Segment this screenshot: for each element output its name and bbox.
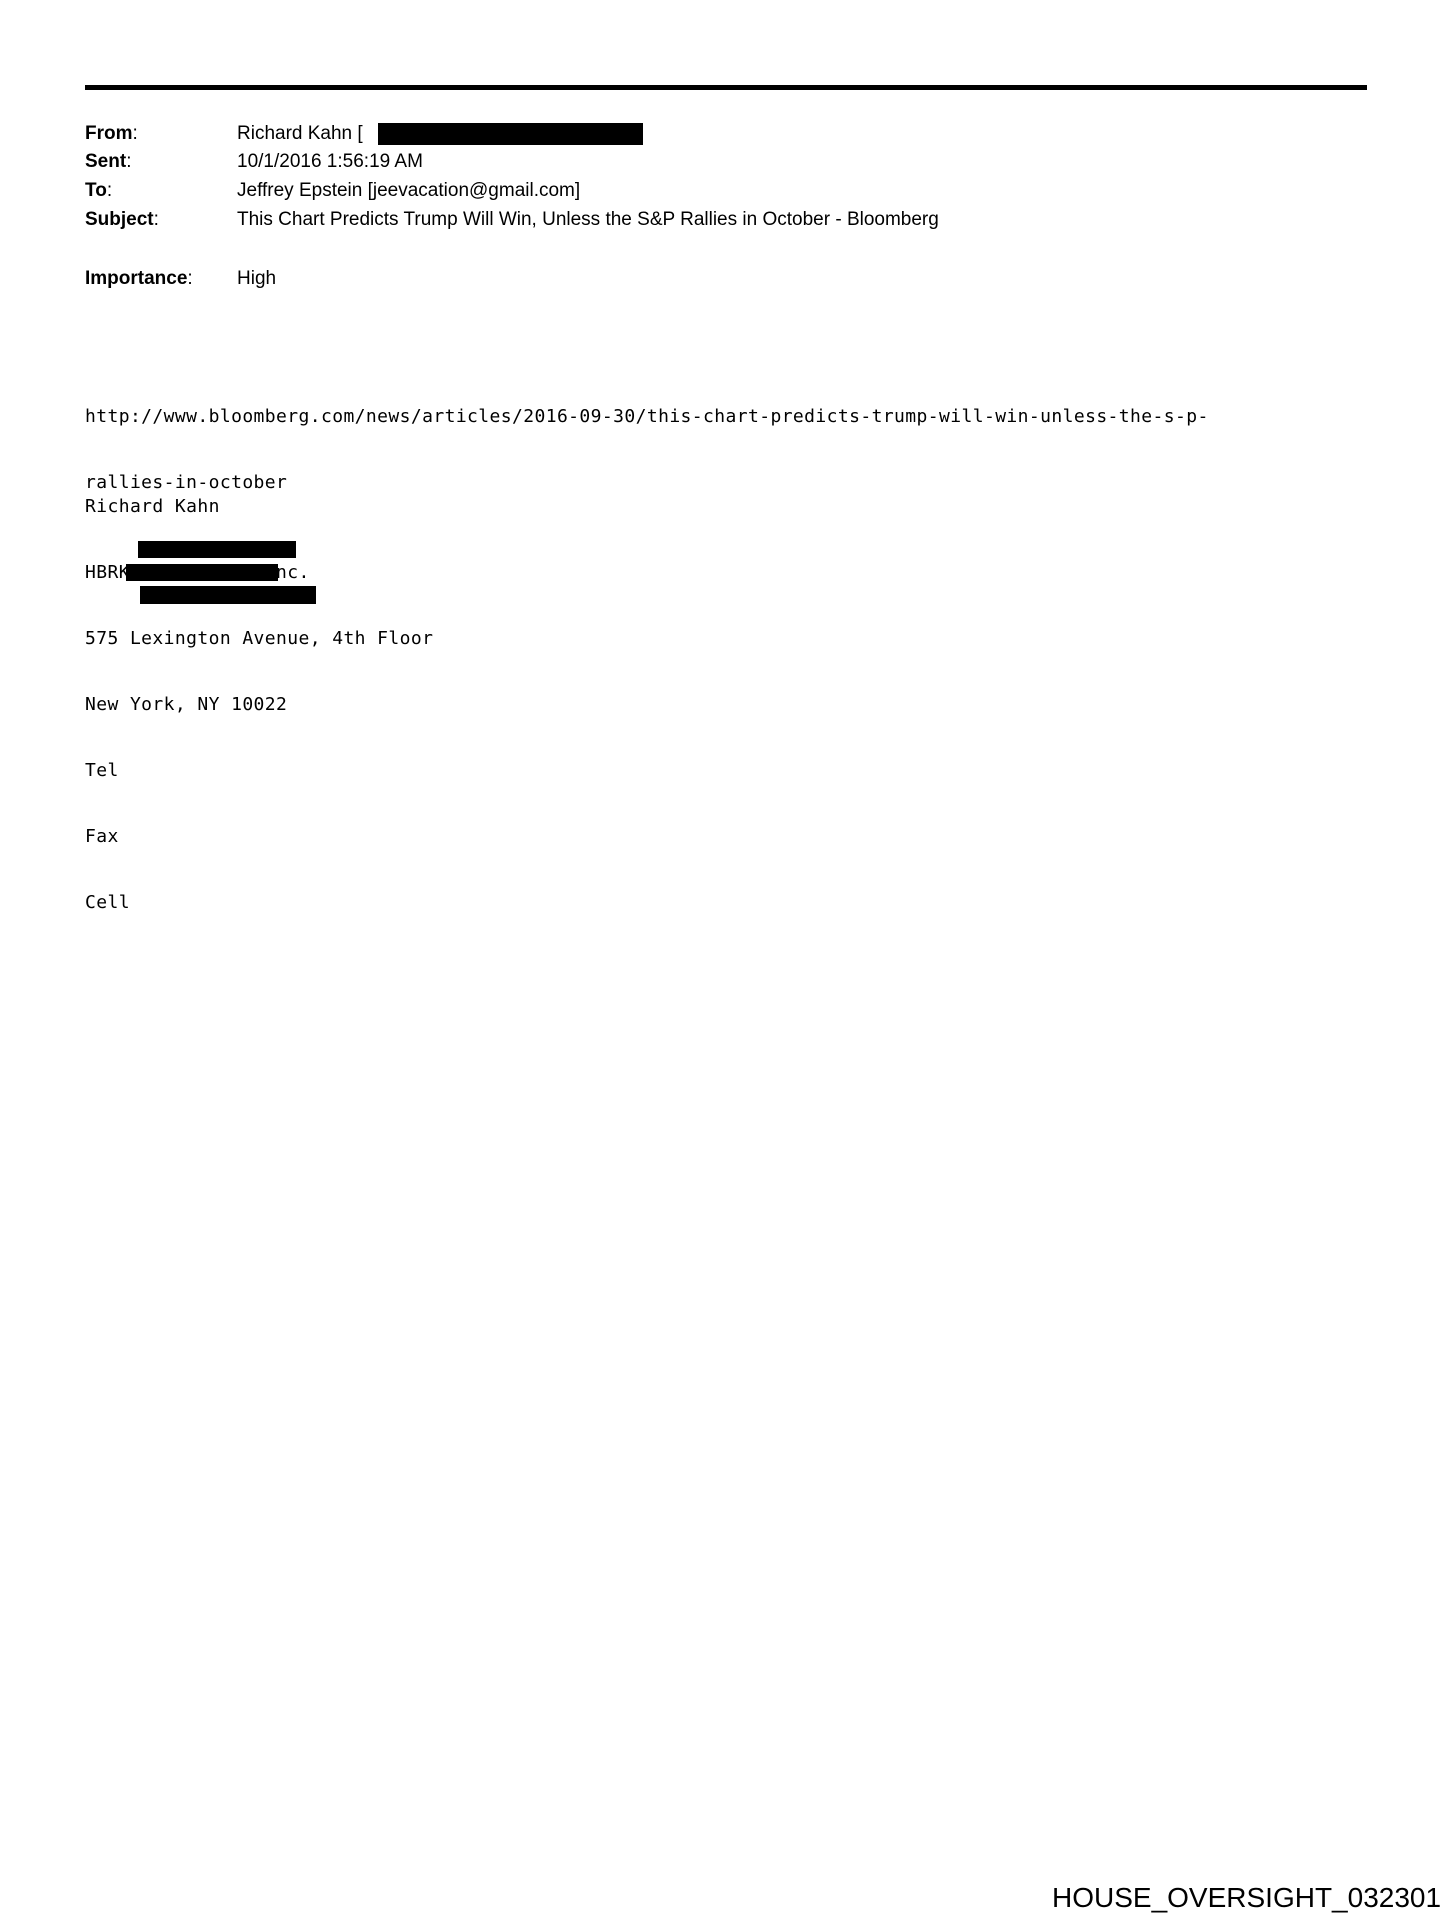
sent-value: 10/1/2016 1:56:19 AM: [237, 150, 423, 174]
subject-value: This Chart Predicts Trump Will Win, Unle…: [237, 208, 939, 232]
article-link-line-1[interactable]: http://www.bloomberg.com/news/articles/2…: [85, 406, 1209, 428]
signature-fax-label: Fax: [85, 826, 433, 848]
to-row: To:Jeffrey Epstein [jeevacation@gmail.co…: [85, 179, 580, 203]
signature-name: Richard Kahn: [85, 496, 433, 518]
signature-tel-label: Tel: [85, 760, 433, 782]
importance-row: Importance:High: [85, 267, 276, 291]
sent-row: Sent:10/1/2016 1:56:19 AM: [85, 150, 423, 174]
bates-number: HOUSE_OVERSIGHT_032301: [1052, 1882, 1441, 1914]
from-label: From:: [85, 122, 237, 146]
fax-redaction: [126, 564, 278, 581]
signature-block: Richard Kahn HBRK Associates Inc. 575 Le…: [85, 452, 433, 936]
to-value: Jeffrey Epstein [jeevacation@gmail.com]: [237, 179, 580, 203]
importance-label: Importance:: [85, 267, 237, 291]
subject-label: Subject:: [85, 208, 237, 232]
signature-address-line-1: 575 Lexington Avenue, 4th Floor: [85, 628, 433, 650]
header-divider: [85, 85, 1367, 90]
importance-value: High: [237, 267, 276, 291]
cell-redaction: [140, 586, 316, 604]
signature-address-line-2: New York, NY 10022: [85, 694, 433, 716]
from-row: From:Richard Kahn [: [85, 122, 363, 146]
from-value: Richard Kahn [: [237, 122, 363, 146]
tel-redaction: [138, 541, 296, 558]
sent-label: Sent:: [85, 150, 237, 174]
to-label: To:: [85, 179, 237, 203]
from-email-redaction: [378, 123, 643, 145]
subject-row: Subject:This Chart Predicts Trump Will W…: [85, 208, 939, 232]
signature-cell-label: Cell: [85, 892, 433, 914]
